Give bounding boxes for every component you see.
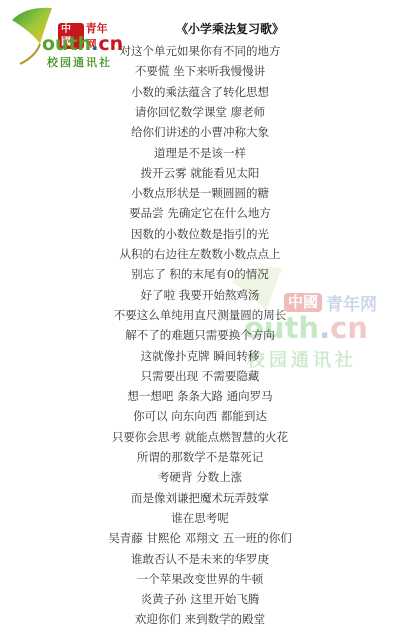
poem-line: 要品尝 先确定它在什么地方 [0, 206, 400, 220]
poem-line: 欢迎你们 来到数学的殿堂 [0, 612, 400, 626]
poem-line: 所谓的那数学不是靠死记 [0, 450, 400, 464]
poem-line: 道理是不是该一样 [0, 146, 400, 160]
poem-line: 谁敢否认不是未来的华罗庚 [0, 552, 400, 566]
poem-line: 只要你会思考 就能点燃智慧的火花 [0, 430, 400, 444]
poem-line: 一个苹果改变世界的牛顿 [0, 572, 400, 586]
poem-line: 从积的右边往左数数小数点点上 [0, 247, 400, 261]
poem-line: 解不了的难题只需要换个方向 [0, 328, 400, 342]
poem-line: 你可以 向东向西 都能到达 [0, 409, 400, 423]
poem-line: 因数的小数位数是指引的光 [0, 227, 400, 241]
poem-line: 不要这么单纯用直尺测量圆的周长 [0, 308, 400, 322]
poem-line: 炎黄子孙 这里开始飞腾 [0, 592, 400, 606]
poem-line: 不要慌 坐下来听我慢慢讲 [0, 64, 400, 78]
poem-line: 对这个单元如果你有不同的地方 [0, 44, 400, 58]
poem-line: 只需要出现 不需要隐藏 [0, 369, 400, 383]
poem-line: 谁在思考呢 [0, 511, 400, 525]
poem-line: 拨开云雾 就能看见太阳 [0, 166, 400, 180]
poem-line: 这就像扑克牌 瞬间转移 [0, 349, 400, 363]
poem-line: 给你们讲述的小曹冲称大象 [0, 125, 400, 139]
poem-line: 吴青藤 甘熙伦 邓翔文 五一班的你们 [0, 531, 400, 545]
poem-line: 而是像刘谦把魔术玩弄鼓掌 [0, 491, 400, 505]
poem-line: 想一想吧 条条大路 通向罗马 [0, 389, 400, 403]
poem-line: 小数的乘法蕴含了转化思想 [0, 85, 400, 99]
poem-line: 好了啦 我要开始熬鸡汤 [0, 288, 400, 302]
poem-line: 请你回忆数学课堂 廖老师 [0, 105, 400, 119]
poem-line: 小数点形状是一颗圆圆的糖 [0, 186, 400, 200]
poem-title: 《小学乘法复习歌》 [0, 22, 400, 45]
poem: 《小学乘法复习歌》 对这个单元如果你有不同的地方不要慌 坐下来听我慢慢讲小数的乘… [0, 22, 400, 45]
poem-line: 别忘了 积的末尾有0的情况 [0, 267, 400, 281]
poem-line: 考硬背 分数上涨 [0, 470, 400, 484]
